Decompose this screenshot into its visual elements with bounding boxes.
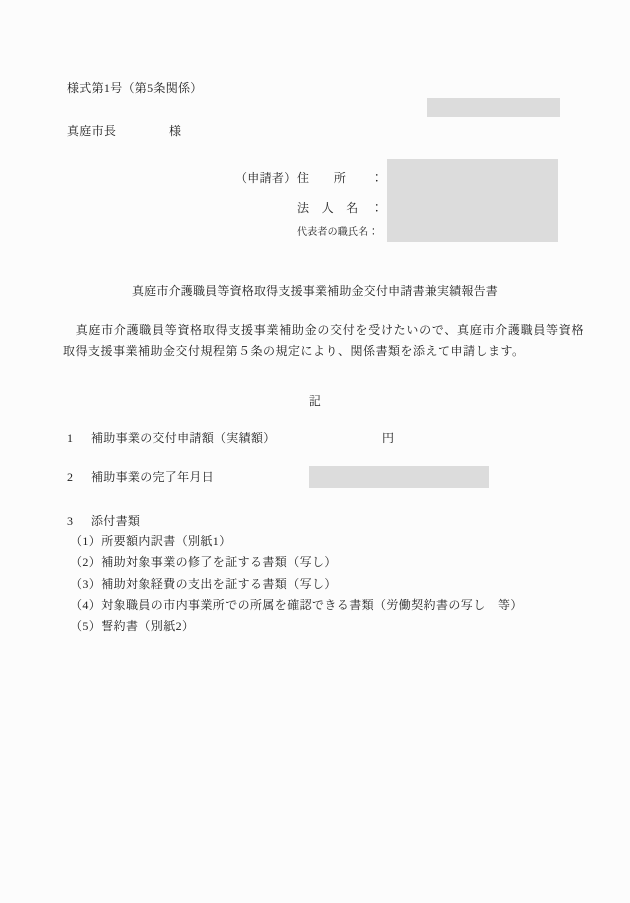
record-marker: 記 (0, 394, 630, 408)
item-2-number: 2 (67, 470, 73, 484)
completion-date-field[interactable] (309, 466, 489, 488)
attachment-item-2: （2）補助対象事業の修了を証する書類（写し） (70, 552, 523, 573)
addressee-honorific: 様 (169, 124, 181, 138)
attachment-item-1: （1）所要額内訳書（別紙1） (70, 531, 523, 552)
form-number: 様式第1号（第5条関係） (67, 81, 203, 95)
document-page: 様式第1号（第5条関係） 真庭市長 様 （申請者） 住 所 ： 法 人 名 ： … (0, 0, 630, 903)
body-paragraph: 真庭市介護職員等資格取得支援事業補助金の交付を受けたいので、真庭市介護職員等資格… (63, 320, 584, 361)
item-1-label: 補助事業の交付申請額（実績額） (91, 431, 276, 445)
item-1-number: 1 (67, 431, 73, 445)
item-3-number: 3 (67, 514, 73, 528)
attachment-list: （1）所要額内訳書（別紙1） （2）補助対象事業の修了を証する書類（写し） （3… (70, 531, 523, 637)
applicant-address-label: 住 所 ： (297, 171, 383, 185)
document-title: 真庭市介護職員等資格取得支援事業補助金交付申請書兼実績報告書 (0, 284, 630, 298)
date-field[interactable] (427, 98, 560, 117)
addressee-name: 真庭市長 (67, 124, 116, 138)
attachment-item-5: （5）誓約書（別紙2） (70, 616, 523, 637)
item-2-label: 補助事業の完了年月日 (91, 470, 214, 484)
applicant-representative-label: 代表者の職氏名： (297, 226, 379, 240)
attachment-item-3: （3）補助対象経費の支出を証する書類（写し） (70, 574, 523, 595)
attachment-item-4: （4）対象職員の市内事業所での所属を確認できる書類（労働契約書の写し 等） (70, 595, 523, 616)
applicant-corporate-name-label: 法 人 名 ： (297, 201, 383, 215)
item-3-label: 添付書類 (91, 514, 140, 528)
applicant-label: （申請者） (235, 171, 297, 185)
currency-unit-label: 円 (382, 431, 394, 445)
applicant-info-field[interactable] (387, 159, 558, 242)
